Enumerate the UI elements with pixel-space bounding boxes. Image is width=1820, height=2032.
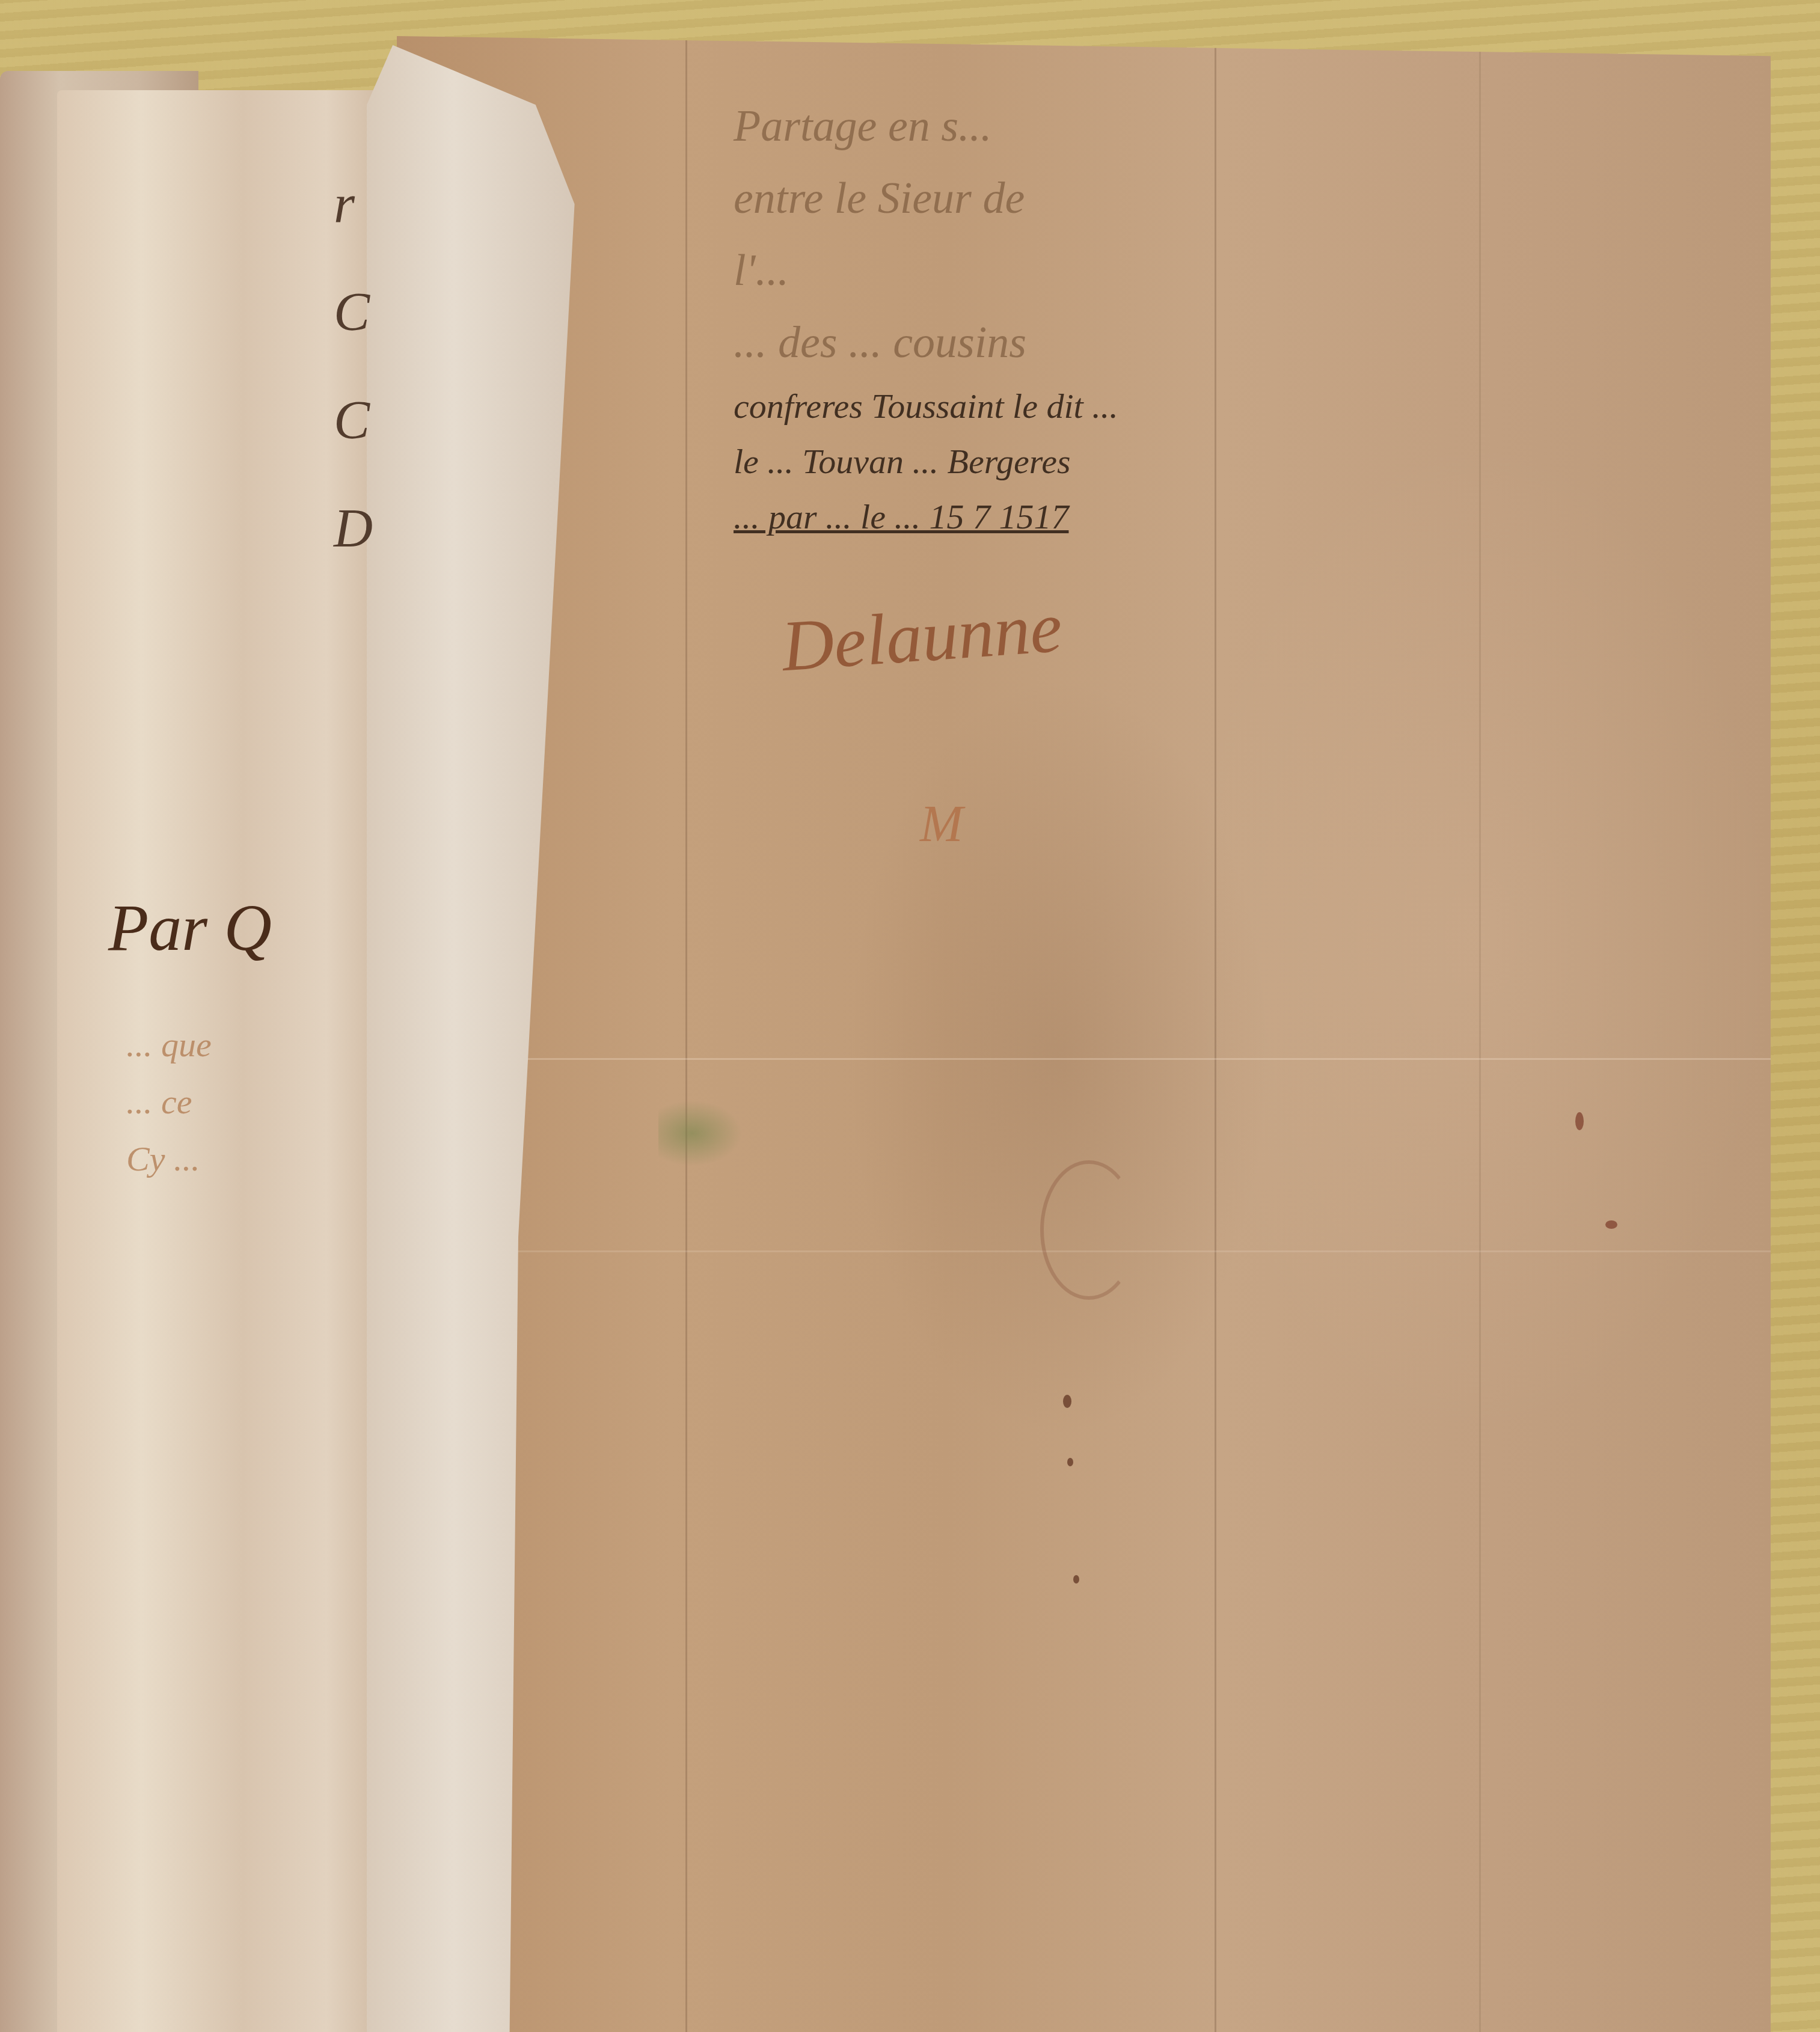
- horizontal-fold-line: [397, 1058, 1771, 1060]
- green-stain: [658, 1100, 743, 1166]
- left-sheet-heading: Par Q: [108, 890, 272, 966]
- ink-spot: [1063, 1395, 1071, 1408]
- ink-spot: [1575, 1112, 1584, 1130]
- vertical-fold-line: [685, 36, 687, 2032]
- ring-stain: [1040, 1160, 1138, 1300]
- endorsement-line: ... des ... cousins: [734, 307, 1227, 379]
- ink-spot: [1067, 1458, 1073, 1466]
- margin-letters: r C C D: [334, 150, 373, 583]
- ink-spot: [1605, 1220, 1617, 1229]
- endorsement-text: Partage en s... entre le Sieur de l'... …: [734, 90, 1227, 545]
- endorsement-line: confreres Toussaint le dit ...: [734, 379, 1227, 434]
- left-sheet-notes: ... que ... ce Cy ...: [126, 1016, 212, 1187]
- endorsement-line: l'...: [734, 234, 1227, 307]
- endorsement-line: entre le Sieur de: [734, 162, 1227, 234]
- ink-spot: [1073, 1575, 1079, 1584]
- endorsement-line: le ... Touvan ... Bergeres: [734, 434, 1227, 489]
- initial-mark: M: [920, 794, 963, 854]
- endorsement-date-line: ... par ... le ... 15 7 1517: [734, 489, 1227, 545]
- vertical-fold-line: [1479, 36, 1481, 2032]
- endorsement-line: Partage en s...: [734, 90, 1227, 162]
